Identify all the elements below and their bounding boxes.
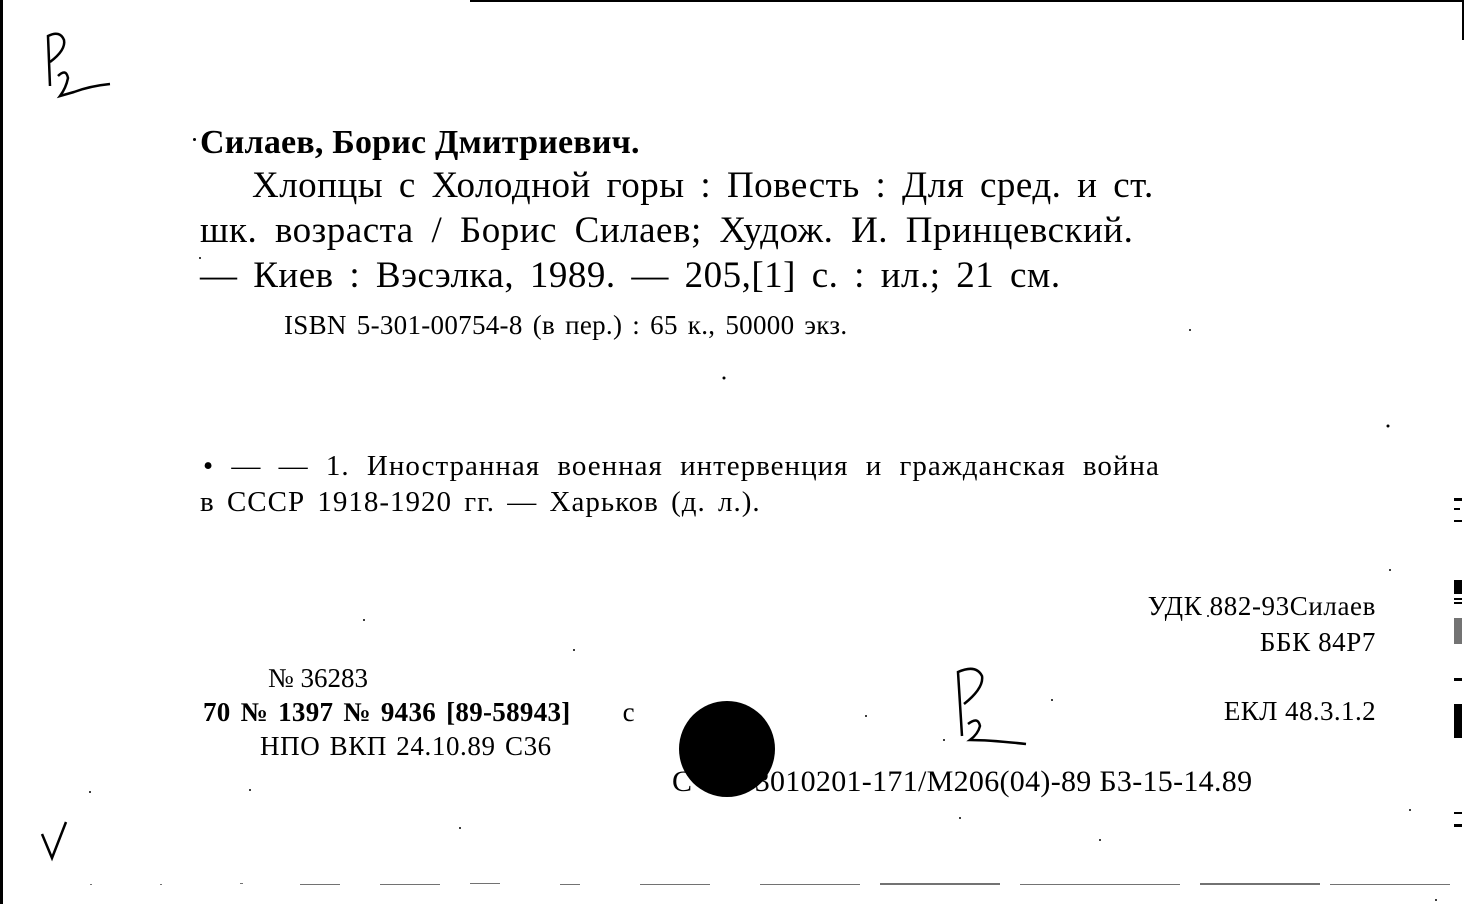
card-top-edge bbox=[470, 0, 1464, 2]
handwritten-p2-mark-center bbox=[950, 664, 1030, 750]
udk-code: УДК 882-93Силаев bbox=[1148, 593, 1376, 620]
bbk-code: ББК 84Р7 bbox=[1260, 629, 1376, 656]
handwritten-check-mark bbox=[38, 818, 74, 862]
description-line-2: шк. возраста / Борис Силаев; Худож. И. П… bbox=[200, 212, 1133, 249]
registry-number: № 36283 bbox=[268, 665, 368, 692]
card-left-edge bbox=[0, 0, 3, 904]
description-line-1: Хлопцы с Холодной горы : Повесть : Для с… bbox=[252, 167, 1154, 204]
bullet-dot bbox=[193, 138, 196, 141]
scan-edge-marks bbox=[1452, 460, 1464, 900]
isbn-line: ISBN 5-301-00754-8 (в пер.) : 65 к., 500… bbox=[284, 312, 847, 339]
author-heading: Силаев, Борис Дмитриевич. bbox=[200, 126, 640, 160]
order-line-suffix: с bbox=[623, 697, 635, 727]
description-line-3: — Киев : Вэсэлка, 1989. — 205,[1] с. : и… bbox=[200, 257, 1061, 294]
order-line-text: 70 № 1397 № 9436 [89-58943] bbox=[203, 697, 571, 727]
order-line: 70 № 1397 № 9436 [89-58943]с bbox=[203, 699, 635, 726]
subject-note-line-1: • — — 1. Иностранная военная интервенция… bbox=[203, 452, 1160, 481]
ekl-code: ЕКЛ 48.3.1.2 bbox=[1224, 698, 1376, 725]
catalog-card: Силаев, Борис Дмитриевич. Хлопцы с Холод… bbox=[0, 0, 1464, 904]
npo-line: НПО ВКП 24.10.89 С36 bbox=[260, 733, 552, 760]
handwritten-p2-mark-top bbox=[38, 26, 118, 106]
punch-hole bbox=[679, 701, 775, 797]
subject-note-line-2: в СССР 1918-1920 гг. — Харьков (д. л.). bbox=[200, 488, 761, 517]
